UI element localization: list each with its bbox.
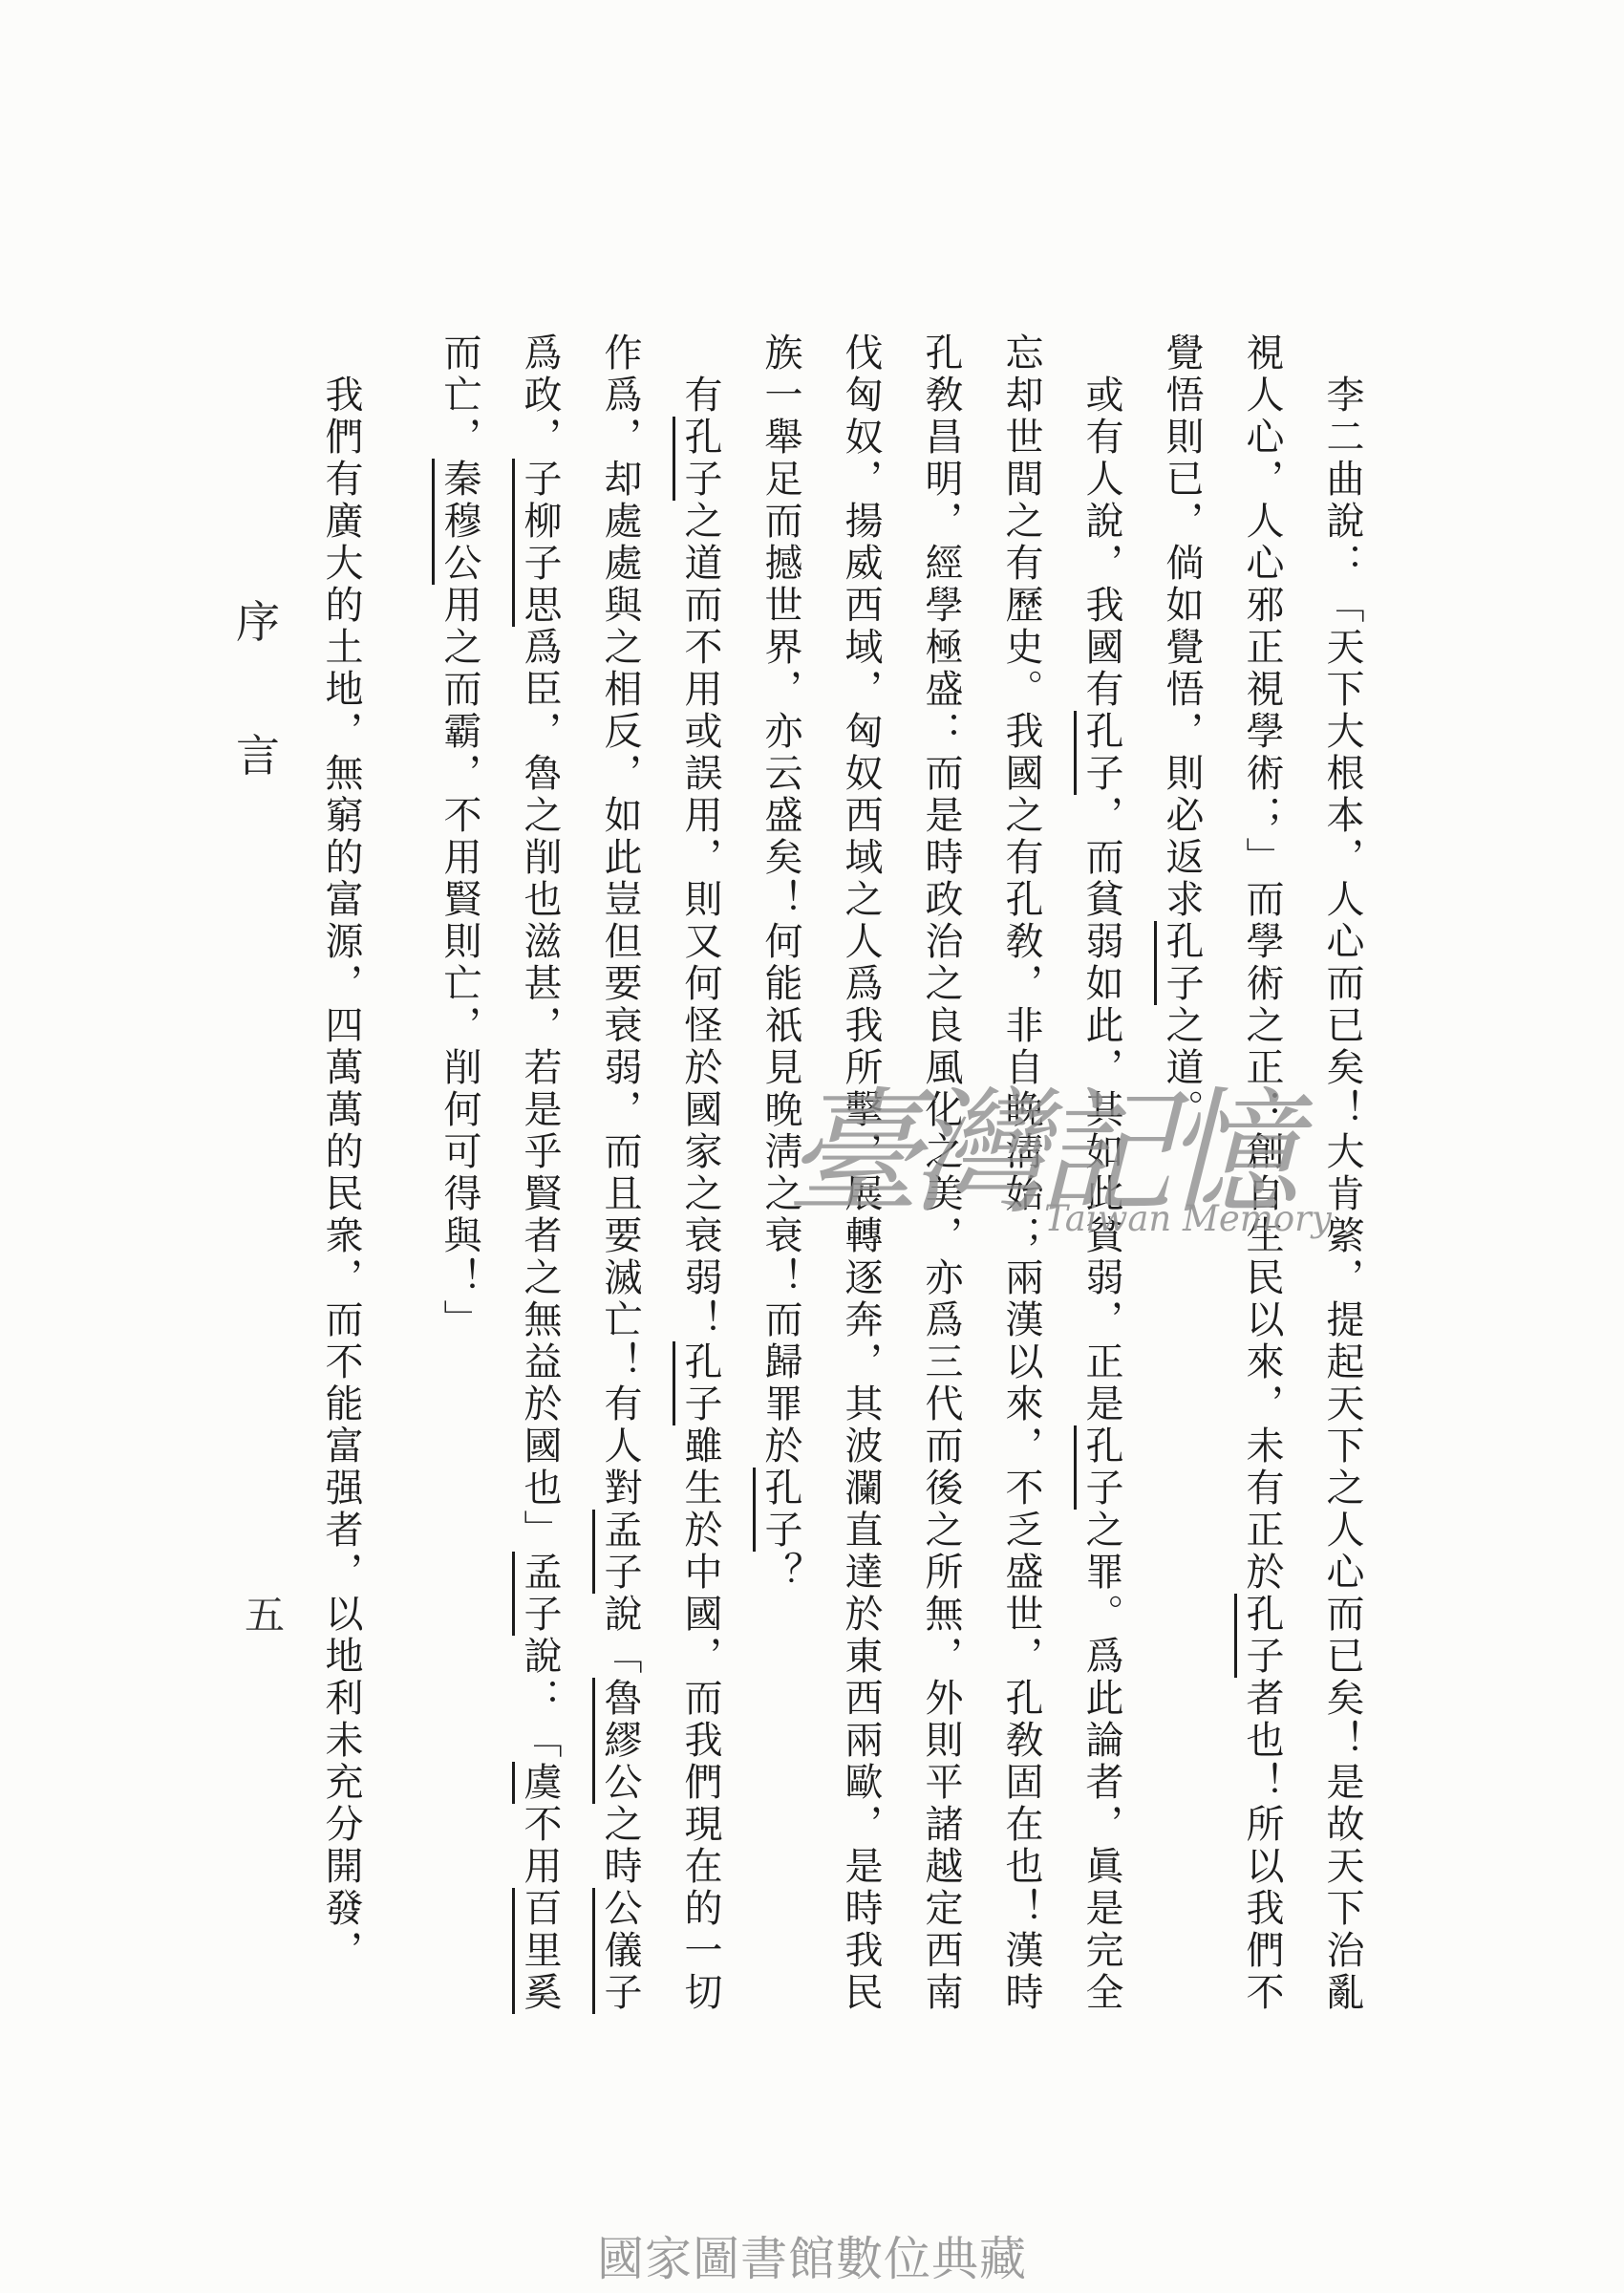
section-header-char-xu: 序 — [234, 600, 282, 644]
text-run: 我們有廣大的土地，無窮的富源，四萬萬的民衆，而不能富强者，以地利未充分開發， — [319, 375, 363, 1972]
proper-name: 孔子 — [678, 417, 722, 501]
proper-name: 公儀子 — [598, 1888, 642, 2014]
proper-name: 百里奚 — [518, 1888, 562, 2014]
proper-name: 孔子 — [1079, 711, 1123, 795]
proper-name: 孔子 — [1079, 1425, 1123, 1510]
proper-name: 孔子 — [1240, 1594, 1284, 1678]
text-run: 之道而不用或誤用，則又何怪於國家之衰弱！ — [678, 501, 722, 1341]
paragraph-4: 我們有廣大的土地，無窮的富源，四萬萬的民衆，而不能富强者，以地利未充分開發， — [301, 332, 381, 2045]
library-digital-archive-stamp: 國家圖書館數位典藏 — [0, 2222, 1624, 2289]
text-run: 有 — [678, 375, 722, 417]
paragraph-3: 有孔子之道而不用或誤用，則又何怪於國家之衰弱！孔子雖生於中國，而我們現在的一切作… — [419, 332, 740, 2045]
text-run: 而亡， — [438, 332, 481, 459]
proper-name: 魯繆公 — [598, 1678, 642, 1804]
section-header: 序 言 — [234, 600, 282, 868]
proper-name: 孟子 — [518, 1552, 562, 1636]
text-run: ？ — [759, 1552, 802, 1594]
proper-name: 子柳子思 — [518, 459, 562, 627]
proper-name: 虞 — [518, 1762, 562, 1804]
proper-name: 孟子 — [598, 1510, 642, 1594]
text-run: 爲臣，魯之削也滋甚，若是乎賢者之無益於國也」 — [518, 627, 562, 1552]
text-run: 不用 — [518, 1804, 562, 1888]
text-run: 用之而霸，不用賢則亡，削何可得與！」 — [438, 585, 481, 1341]
page-number: 五 — [245, 1584, 285, 1641]
text-run: 之時 — [598, 1804, 642, 1888]
proper-name: 孔子 — [759, 1468, 802, 1552]
text-run: 說：「 — [518, 1636, 562, 1762]
proper-name: 孔子 — [678, 1341, 722, 1425]
section-header-char-yan: 言 — [234, 734, 282, 778]
taiwan-memory-watermark-latin: Taiwan Memory — [1044, 1198, 1332, 1239]
text-run: 爲政， — [518, 332, 562, 459]
book-page-scan: 序 言 李二曲說：「天下大根本，人心而已矣！大肯綮，提起天下之人心而已矣！是故天… — [0, 0, 1624, 2293]
proper-name: 秦穆公 — [438, 459, 481, 585]
text-run: 或有人說，我國有 — [1079, 375, 1123, 711]
proper-name: 孔子 — [1160, 921, 1204, 1005]
text-run: 說「 — [598, 1594, 642, 1678]
